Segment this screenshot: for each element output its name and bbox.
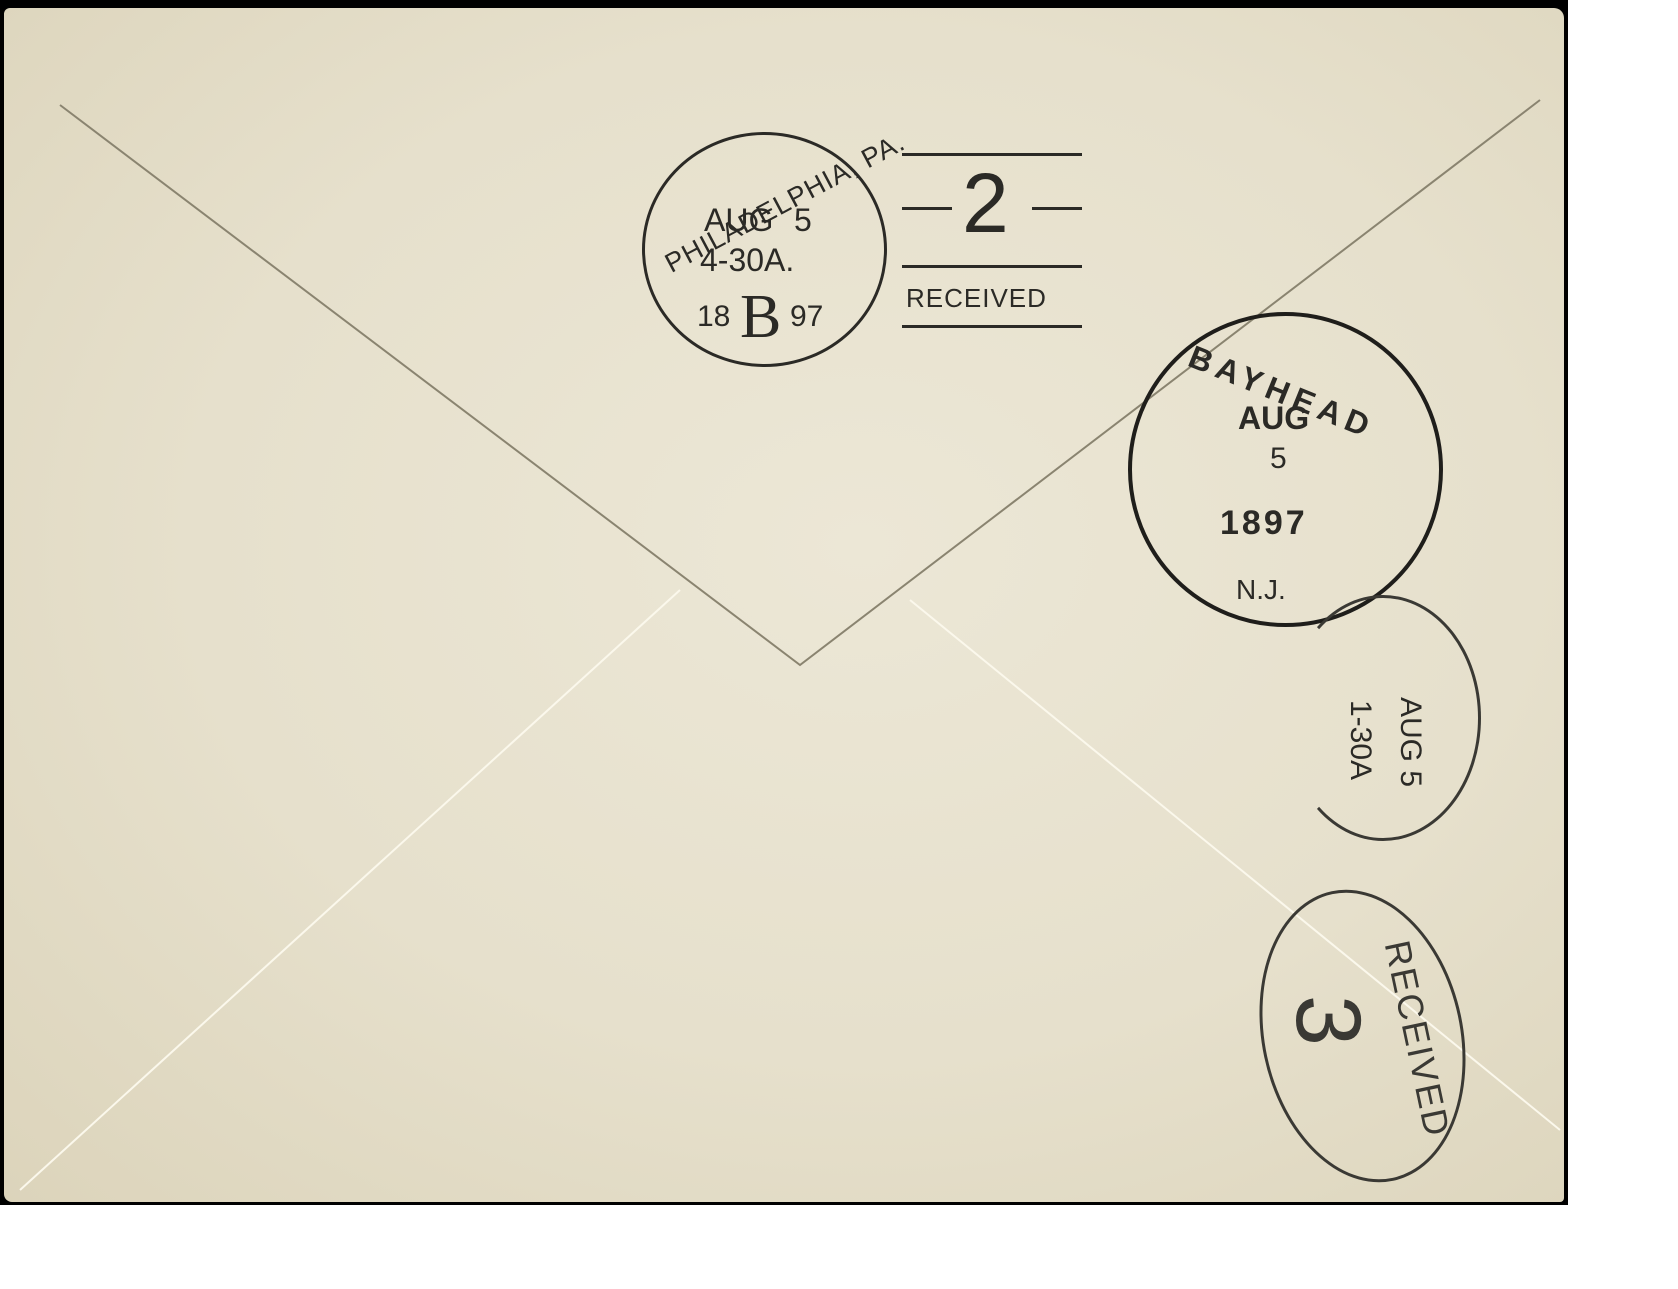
postmark-month: AUG <box>1238 400 1309 437</box>
postmark-time: 1-30A <box>1343 700 1377 780</box>
envelope-scan: PHILADELPHIA, PA. AUG 5 4-30A. 18 B 97 2… <box>0 0 1568 1205</box>
postmark-letter: B <box>740 282 781 353</box>
bay-head-postmark: BAYHEAD AUG 5 1897 N.J. <box>1128 312 1443 627</box>
partial-date-postmark: AUG 5 1-30A <box>1285 595 1485 840</box>
postmark-month-day: AUG 5 <box>1393 697 1427 787</box>
philadelphia-postmark: PHILADELPHIA, PA. AUG 5 4-30A. 18 B 97 <box>642 132 887 367</box>
postmark-year-right: 97 <box>790 300 823 334</box>
postmark-year: 1897 <box>1220 504 1308 543</box>
postmark-day: 5 <box>794 202 812 239</box>
received-number: 3 <box>1275 995 1380 1046</box>
postmark-state: N.J. <box>1236 574 1286 606</box>
postmark-month: AUG <box>704 202 773 239</box>
postmark-day: 5 <box>1270 442 1287 476</box>
postmark-time: 4-30A. <box>700 242 794 279</box>
received-bar-stamp: 2 RECEIVED <box>902 145 1087 335</box>
received-number: 2 <box>962 155 1009 252</box>
received-oval-stamp: 3 RECEIVED <box>1262 888 1472 1188</box>
received-label: RECEIVED <box>906 283 1047 314</box>
postmark-year-left: 18 <box>697 300 730 334</box>
